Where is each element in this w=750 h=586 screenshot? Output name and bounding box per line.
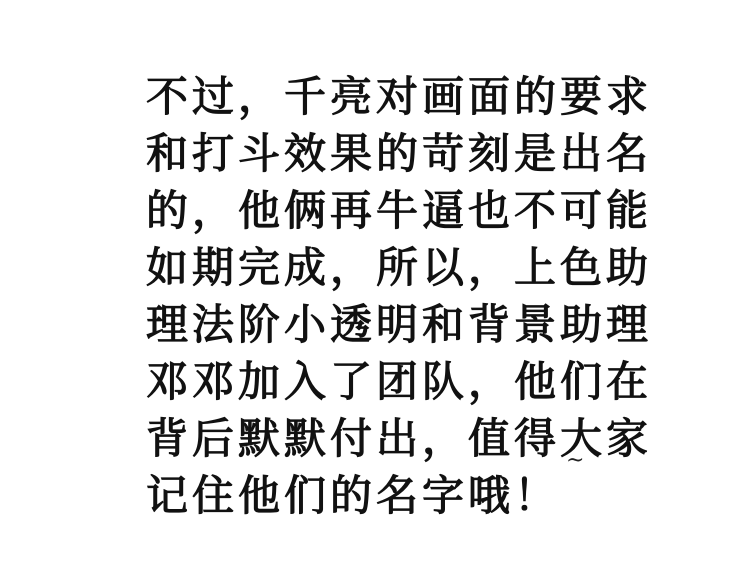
text-line-8: 记住他们的名字哦！ xyxy=(146,467,666,524)
text-line-5: 理法阶小透明和背景助理 xyxy=(146,296,666,353)
text-line-3: 的，他俩再牛逼也不可能 xyxy=(146,182,666,239)
tilde-decoration: ~ xyxy=(566,448,584,473)
text-line-7: 背后默默付出，值得大家 xyxy=(146,410,666,467)
text-line-6: 邓邓加入了团队，他们在 xyxy=(146,353,666,410)
text-line-2: 和打斗效果的苛刻是出名 xyxy=(146,125,666,182)
text-line-1: 不过，千亮对画面的要求 xyxy=(146,68,666,125)
text-line-4: 如期完成，所以，上色助 xyxy=(146,239,666,296)
text-block: 不过，千亮对画面的要求 和打斗效果的苛刻是出名 的，他俩再牛逼也不可能 如期完成… xyxy=(146,68,666,524)
